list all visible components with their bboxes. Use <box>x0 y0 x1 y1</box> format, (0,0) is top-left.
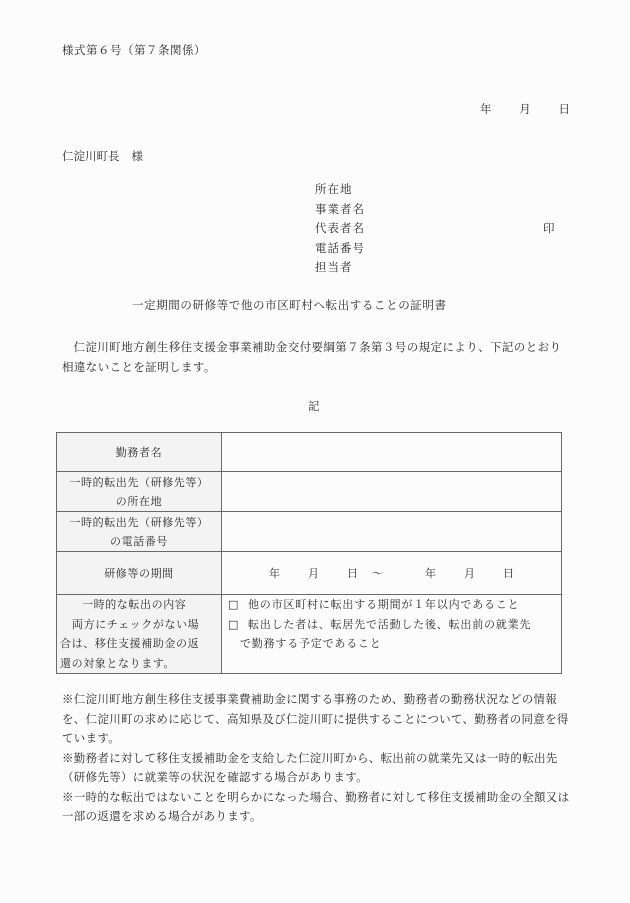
check-item-within-one-year[interactable]: □ 他の市区町村に転出する期間が１年以内であること <box>228 595 555 615</box>
check-text-return-to-employer: 転出した者は、転居先で活動した後、転出前の就業先 <box>248 615 531 635</box>
document-body: 仁淀川町地方創生移住支援金事業補助金交付要綱第７条第３号の規定により、下記のとお… <box>62 337 572 377</box>
destination-phone-label: 一時的転出先（研修先等） の電話番号 <box>57 512 222 552</box>
notes-section: ※仁淀川町地方創生移住支援事業費補助金に関する事務のため、勤務者の勤務状況などの… <box>62 690 574 827</box>
transfer-content-label-title: 一時的な転出の内容 <box>60 595 218 615</box>
period-start-year: 年 <box>269 564 280 583</box>
training-period-label: 研修等の期間 <box>57 552 222 595</box>
transfer-content-label-note3: 還の対象となります。 <box>60 654 218 674</box>
worker-name-label: 勤務者名 <box>57 433 222 472</box>
destination-phone-label-line1: 一時的転出先（研修先等） <box>57 513 221 532</box>
period-end-year: 年 <box>425 564 436 583</box>
training-period-field[interactable]: 年 月 日 ～ 年 月 日 <box>222 552 562 595</box>
certification-table: 勤務者名 一時的転出先（研修先等） の所在地 一時的転出先（研修先等） の電話番… <box>56 432 562 674</box>
document-title: 一定期間の研修等で他の市区町村へ転出することの証明書 <box>132 297 447 313</box>
destination-phone-field[interactable] <box>222 512 562 552</box>
period-tilde: ～ <box>372 564 383 583</box>
applicant-business-name-label: 事業者名 <box>315 200 365 220</box>
check-text-return-to-employer-cont: で勤務する予定であること <box>228 634 555 654</box>
table-row-training-period: 研修等の期間 年 月 日 ～ 年 月 日 <box>57 552 562 595</box>
table-row-transfer-content: 一時的な転出の内容 両方にチェックがない場 合は、移住支援補助金の返 還の対象と… <box>57 595 562 674</box>
applicant-contact-label: 担当者 <box>315 258 365 278</box>
period-start-day: 日 <box>347 564 358 583</box>
period-end-day: 日 <box>503 564 514 583</box>
addressee-name: 仁淀川町長 <box>62 149 120 163</box>
applicant-representative-label: 代表者名 <box>315 219 365 239</box>
destination-phone-label-line2: の電話番号 <box>57 532 221 551</box>
date-line: 年 月 日 <box>480 101 570 117</box>
note-refund: ※一時的な転出ではないことを明らかになった場合、勤務者に対して移住支援補助金の全… <box>62 788 574 827</box>
date-day-label: 日 <box>559 101 571 117</box>
form-number: 様式第６号（第７条関係） <box>62 42 206 58</box>
addressee-honorific: 様 <box>132 149 144 163</box>
transfer-content-label-note2: 合は、移住支援補助金の返 <box>60 634 218 654</box>
table-row-worker-name: 勤務者名 <box>57 433 562 472</box>
checkbox-return-to-employer[interactable]: □ <box>228 615 248 635</box>
seal-mark: 印 <box>543 220 555 236</box>
transfer-content-checks: □ 他の市区町村に転出する期間が１年以内であること □ 転出した者は、転居先で活… <box>222 595 562 674</box>
check-text-within-one-year: 他の市区町村に転出する期間が１年以内であること <box>248 595 519 615</box>
period-start-month: 月 <box>308 564 319 583</box>
destination-address-label-line1: 一時的転出先（研修先等） <box>57 473 221 492</box>
date-month-label: 月 <box>519 101 531 117</box>
check-item-return-to-employer[interactable]: □ 転出した者は、転居先で活動した後、転出前の就業先 <box>228 615 555 635</box>
note-consent: ※仁淀川町地方創生移住支援事業費補助金に関する事務のため、勤務者の勤務状況などの… <box>62 690 574 749</box>
destination-address-label-line2: の所在地 <box>57 492 221 511</box>
period-end-month: 月 <box>464 564 475 583</box>
applicant-phone-label: 電話番号 <box>315 239 365 259</box>
applicant-block: 所在地 事業者名 代表者名 電話番号 担当者 <box>315 180 365 278</box>
note-verification: ※勤務者に対して移住支援補助金を支給した仁淀川町から、転出前の就業先又は一時的転… <box>62 749 574 788</box>
ki-heading: 記 <box>308 398 320 414</box>
checkbox-within-one-year[interactable]: □ <box>228 595 248 615</box>
transfer-content-label: 一時的な転出の内容 両方にチェックがない場 合は、移住支援補助金の返 還の対象と… <box>57 595 222 674</box>
applicant-address-label: 所在地 <box>315 180 365 200</box>
transfer-content-label-note1: 両方にチェックがない場 <box>60 615 218 635</box>
date-year-label: 年 <box>480 101 492 117</box>
table-row-destination-phone: 一時的転出先（研修先等） の電話番号 <box>57 512 562 552</box>
destination-address-field[interactable] <box>222 472 562 512</box>
destination-address-label: 一時的転出先（研修先等） の所在地 <box>57 472 222 512</box>
addressee: 仁淀川町長様 <box>62 148 143 164</box>
table-row-destination-address: 一時的転出先（研修先等） の所在地 <box>57 472 562 512</box>
worker-name-field[interactable] <box>222 433 562 472</box>
